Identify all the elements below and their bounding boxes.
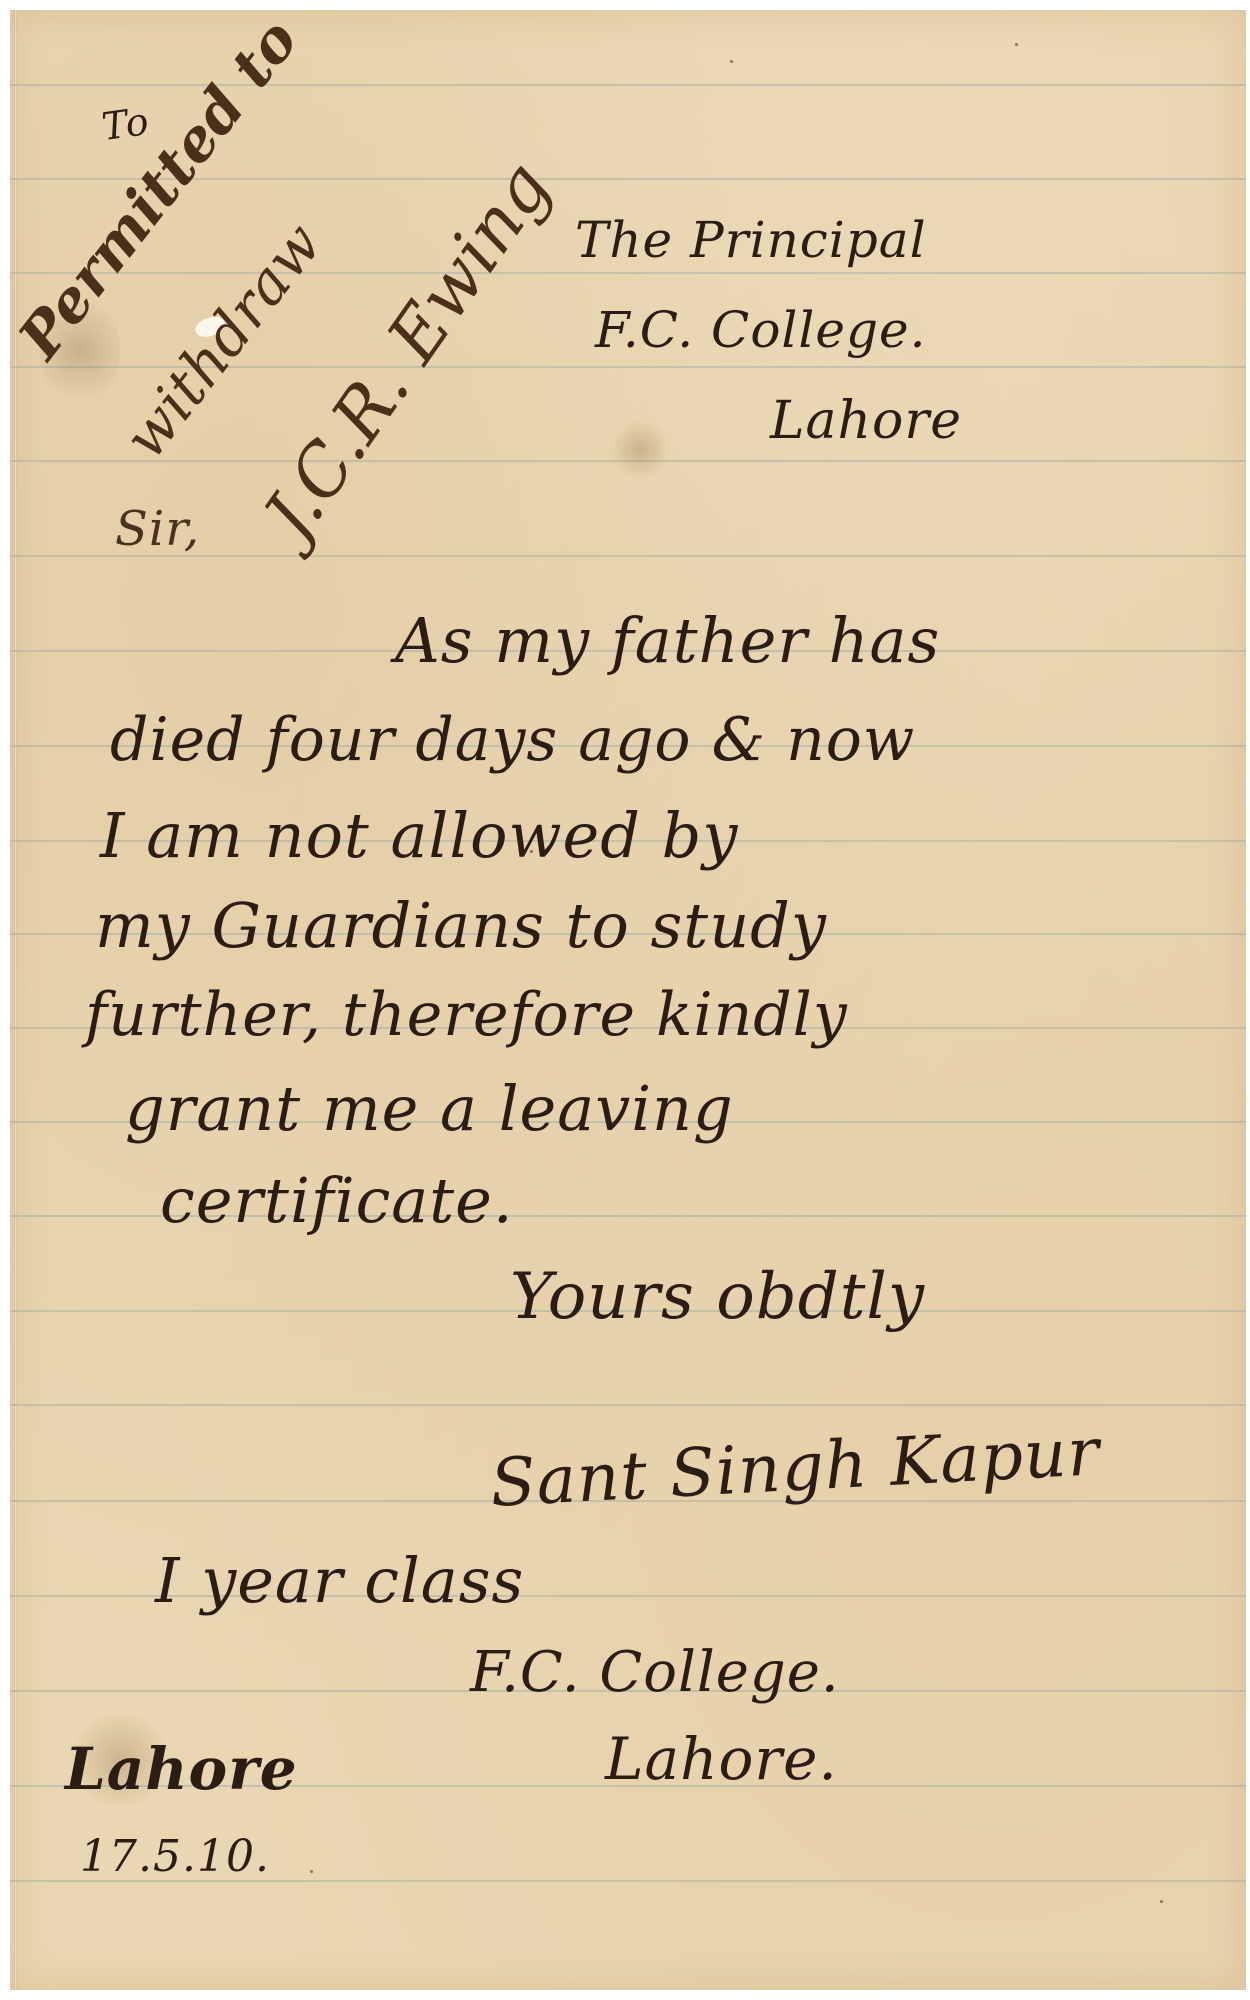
body-line-3: I am not allowed by — [100, 805, 738, 867]
body-line-1: As my father has — [395, 610, 940, 672]
body-line-7: certificate. — [160, 1170, 514, 1232]
fold-crease — [14, 10, 17, 1990]
body-line-4: my Guardians to study — [95, 895, 827, 957]
body-line-2: died four days ago & now — [110, 710, 915, 770]
recipient-line3: Lahore — [770, 395, 962, 447]
college-line: F.C. College. — [470, 1645, 840, 1701]
body-line-5: further, therefore kindly — [85, 985, 848, 1045]
recipient-line2: F.C. College. — [595, 305, 926, 355]
date: 17.5.10. — [80, 1835, 270, 1879]
paper-speck — [1160, 1900, 1163, 1903]
class-line: I year class — [155, 1550, 524, 1612]
recipient-line1: The Principal — [575, 215, 927, 265]
ruled-line — [10, 1404, 1246, 1406]
paper-speck — [730, 60, 733, 63]
city-line: Lahore. — [605, 1730, 838, 1788]
place: Lahore — [65, 1740, 298, 1798]
paper-speck — [310, 1870, 313, 1873]
letter-paper: To Permitted to withdraw J.C.R. Ewing Th… — [10, 10, 1246, 1990]
ink-stain — [610, 420, 670, 480]
body-line-6: grant me a leaving — [125, 1078, 734, 1140]
annotation-signature: J.C.R. Ewing — [253, 150, 562, 550]
greeting: Sir, — [115, 505, 200, 553]
ruled-line — [10, 272, 1246, 274]
valediction: Yours obdtly — [510, 1265, 925, 1329]
to-label: To — [100, 102, 152, 146]
paper-speck — [1015, 43, 1018, 46]
signature: Sant Singh Kapur — [489, 1419, 1102, 1517]
